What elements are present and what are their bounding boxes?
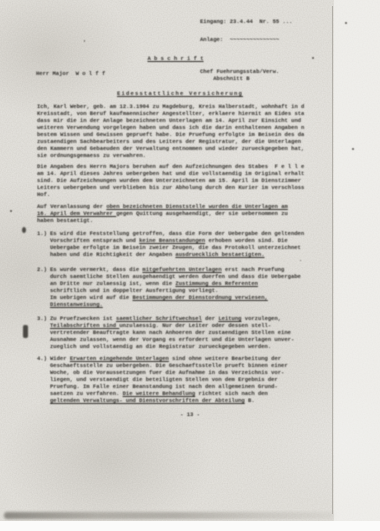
text-line: Leiters uebergeben und verblieben bis zu… — [37, 184, 304, 191]
header-anlage-line: Anlage: ~~~~~~~~~~~~~~~ — [200, 36, 322, 43]
ink-speck — [312, 57, 314, 59]
text-line: Wider Erwarten eingehende Unterlagen sin… — [50, 355, 304, 362]
list-number: 3.) — [37, 315, 47, 322]
text-line: zustaendigen Sachbearbeiters und des Lei… — [37, 138, 304, 145]
list-number: 4.) — [37, 355, 47, 362]
scanned-document-page: Eingang: 23.4.44 Nr. 55 ...Anlage: ~~~~~… — [0, 0, 380, 531]
page-number: - 13 - — [150, 411, 230, 418]
text-line: Eingang: 23.4.44 Nr. 55 ... — [200, 18, 318, 25]
text-line: Woche, ob die Voraussetzungen fuer die A… — [50, 369, 304, 376]
text-line: Zu Pruefzwecken ist saemtlicher Schriftw… — [50, 315, 304, 322]
ink-blob — [23, 325, 28, 338]
text-line: Herr Major W o l f f — [36, 70, 171, 77]
text-line: Dienstanweisung. — [50, 301, 304, 308]
text-line: an Dritte nur zulaessig ist, wenn die Zu… — [50, 280, 304, 287]
bottom-scan-shadow — [4, 512, 334, 519]
text-line: zueglich und vollstaendig an die Registr… — [50, 343, 304, 350]
ink-speck — [300, 260, 301, 261]
ink-speck — [345, 22, 347, 24]
recipient-block: Chef Fuehrungsstab/Verw. Abschnitt B — [200, 68, 328, 82]
text-line: Anlage: ~~~~~~~~~~~~~~~ — [200, 36, 322, 43]
paragraph-1: Ich, Karl Weber, geb. am 12.3.1904 zu Ma… — [37, 103, 304, 159]
ink-speck — [352, 148, 354, 150]
text-line: haben bestaetigt. — [37, 217, 304, 224]
text-line: A b s c h r i f t — [128, 55, 223, 62]
list-number: 1.) — [37, 230, 47, 237]
text-line: dass mir die in der Anlage bezeichneten … — [37, 117, 304, 124]
page-fold-line — [332, 6, 333, 514]
text-line: Im uebrigen wird auf die Bestimmungen de… — [50, 294, 304, 301]
sender-name-line: Herr Major W o l f f — [36, 70, 171, 77]
right-margin-strip — [334, 0, 380, 521]
text-line: Es wird die Feststellung getroffen, dass… — [50, 230, 304, 237]
list-item-3: 3.)Zu Pruefzwecken ist saemtlicher Schri… — [50, 315, 304, 350]
text-line: Abschnitt B — [200, 75, 328, 82]
text-line: - 13 - — [150, 411, 230, 418]
list-item-1: 1.)Es wird die Feststellung getroffen, d… — [50, 230, 304, 258]
text-line: sind. Die Aufzeichnungen wurden dem Unte… — [37, 177, 304, 184]
subject-heading: Eidesstattliche Versicherung — [102, 90, 258, 97]
title-abschrift: A b s c h r i f t — [128, 55, 223, 62]
text-line: saetzen zu verfahren. Die weitere Behand… — [50, 390, 304, 397]
paragraph-2: Die Angaben des Herrn Majors beruhen auf… — [37, 163, 304, 198]
text-line: durch saemtliche Stellen ausgehaendigt w… — [50, 273, 304, 280]
list-number: 2.) — [37, 266, 47, 273]
text-line: Pruefung. Im Falle einer Beanstandung is… — [50, 383, 304, 390]
text-line: liegen, und verstaendigt die beteiligten… — [50, 376, 304, 383]
ink-speck — [10, 210, 12, 212]
list-item-2: 2.)Es wurde vermerkt, dass die mitgefueh… — [50, 266, 304, 308]
text-line: Ausnahme zulassen, wenn der Vorgang es e… — [50, 336, 304, 343]
text-line: schriftlich und in doppelter Ausfertigun… — [50, 287, 304, 294]
paragraph-3: Auf Veranlassung der oben bezeichneten D… — [37, 203, 304, 224]
text-line: sie ordnungsgemaess zu verwahren. — [37, 152, 304, 159]
text-line: weiteren Verwendung vorgelegen haben und… — [37, 124, 304, 131]
text-line: Es wurde vermerkt, dass die mitgefuehrte… — [50, 266, 304, 273]
text-line: Die Angaben des Herrn Majors beruhen auf… — [37, 163, 304, 170]
text-line: 16. April dem Verwahrer gegen Quittung a… — [37, 210, 304, 217]
text-line: Eidesstattliche Versicherung — [102, 90, 258, 97]
text-line: Teilabschriften sind unzulaessig. Nur de… — [50, 322, 304, 329]
document-body: Eingang: 23.4.44 Nr. 55 ...Anlage: ~~~~~… — [0, 0, 380, 531]
text-line: Uebergabe erfolgte im Beisein zweier Zeu… — [50, 244, 304, 251]
text-line: Vorschriften entsprach und keine Beansta… — [50, 237, 304, 244]
text-line: vertretender Beauftragte kann nach Anhoe… — [50, 329, 304, 336]
text-line: geltenden Verwaltungs- und Dienstvorschr… — [50, 397, 304, 404]
text-line: Auf Veranlassung der oben bezeichneten D… — [37, 203, 304, 210]
text-line: Ich, Karl Weber, geb. am 12.3.1904 zu Ma… — [37, 103, 304, 110]
text-line: haben und die Richtigkeit der Angaben au… — [50, 251, 304, 258]
text-line: Kreisstadt, von Beruf kaufmaennischer An… — [37, 110, 304, 117]
list-item-4: 4.)Wider Erwarten eingehende Unterlagen … — [50, 355, 304, 404]
text-line: Geschaeftsstelle zu uebergeben. Die Gesc… — [50, 362, 304, 369]
ink-speck — [84, 40, 85, 42]
text-line: bestem Wissen und Gewissen geprueft habe… — [37, 131, 304, 138]
text-line: am 14. April dieses Jahres uebergeben ha… — [37, 170, 304, 177]
text-line: den Kammern und Gebaeuden der Verwaltung… — [37, 145, 304, 152]
bottom-white-margin — [0, 521, 380, 531]
ink-blob — [22, 227, 26, 233]
text-line: Hof. — [37, 191, 304, 198]
text-line: Chef Fuehrungsstab/Verw. — [200, 68, 328, 75]
header-entry-line: Eingang: 23.4.44 Nr. 55 ... — [200, 18, 318, 25]
